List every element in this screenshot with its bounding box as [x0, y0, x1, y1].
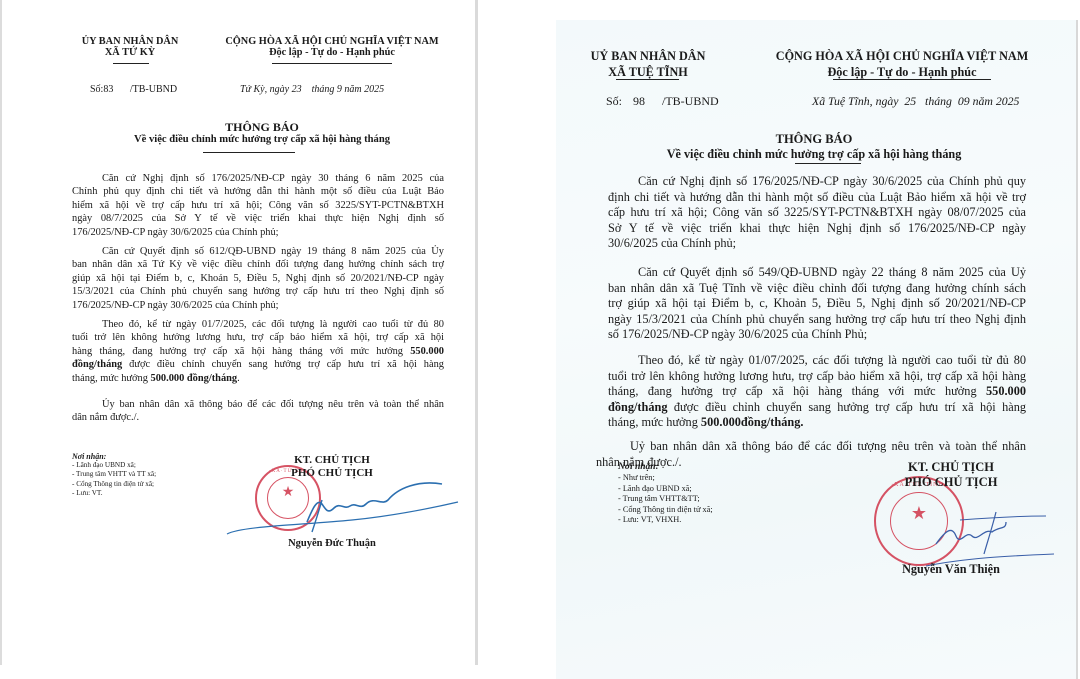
recipients-label: Nơi nhận:: [618, 461, 713, 473]
text-span: tháng, mức hưởng: [608, 415, 701, 429]
agency-line-1: UỶ BAN NHÂN DÂN: [590, 48, 706, 64]
nation-line-1: CỘNG HÒA XÃ HỘI CHỦ NGHĨA VIỆT NAM: [752, 48, 1052, 64]
old-amount: 550.000: [410, 346, 444, 357]
document-tue-tinh: UỶ BAN NHÂN DÂN XÃ TUỆ TĨNH CỘNG HÒA XÃ …: [556, 20, 1078, 679]
text-line: giúp xã hội tại Điểm b, c, Khoản 5, Điều…: [72, 272, 444, 285]
document-tu-ky: ỦY BAN NHÂN DÂN XÃ TỨ KỲ CỘNG HÒA XÃ HỘI…: [0, 0, 478, 665]
new-amount: 500.000 đồng/tháng: [151, 373, 238, 384]
paragraph-adjustment: Theo đó, kể từ ngày 01/07/2025, các đối …: [608, 353, 1026, 431]
recipients-block: Nơi nhận: - Lãnh đạo UBND xã; - Trung tâ…: [72, 452, 156, 498]
text-line: tháng, mức hưởng 500.000 đồng/tháng.: [72, 372, 444, 385]
recipient-item: - Trung tâm VHTT và TT xã;: [72, 470, 156, 479]
signature-icon: [896, 500, 1056, 570]
nation-line-1: CỘNG HÒA XÃ HỘI CHỦ NGHĨA VIỆT NAM: [212, 36, 452, 47]
text-line: Ủy ban nhân dân xã thông báo để các đối …: [72, 398, 444, 411]
agency-underline: [616, 79, 679, 80]
notice-subtitle: Về việc điều chỉnh mức hưởng trợ cấp xã …: [586, 147, 1042, 162]
signer-role-1: KT. CHỦ TỊCH: [886, 460, 1016, 475]
new-amount: 500.000đồng/tháng.: [701, 415, 804, 429]
old-amount-unit: đồng/tháng: [72, 359, 122, 370]
text-line: 15/3/2021 của Chính phủ chuyển sang hưởn…: [72, 285, 444, 298]
notice-subtitle: Về việc điều chỉnh mức hưởng trợ cấp xã …: [72, 134, 452, 145]
text-line: 176/2025/NĐ-CP ngày 30/6/2025 của Chính …: [72, 299, 444, 312]
subtitle-underline: [795, 163, 861, 164]
text-line: Căn cứ Nghị định số 176/2025/NĐ-CP ngày …: [608, 174, 1026, 190]
paragraph-legal-basis-2: Căn cứ Quyết định số 612/QĐ-UBND ngày 19…: [72, 245, 444, 312]
text-line: Theo đó, kể từ ngày 01/7/2025, các đối t…: [72, 318, 444, 331]
text-line: định chi tiết và hướng dẫn thi hành một …: [608, 190, 1026, 206]
paragraph-legal-basis-2: Căn cứ Quyết định số 549/QĐ-UBND ngày 22…: [608, 265, 1026, 343]
agency-name: ỦY BAN NHÂN DÂN XÃ TỨ KỲ: [80, 36, 180, 58]
text-line: cấp hưu trí xã hội; Công văn số 3225/SYT…: [608, 205, 1026, 221]
text-line: Chính phủ quy định chi tiết và hướng dẫn…: [72, 185, 444, 198]
doc-number-suffix: /TB-UBND: [662, 94, 719, 108]
recipient-item: - Trung tâm VHTT&TT;: [618, 494, 713, 505]
paragraph-adjustment: Theo đó, kể từ ngày 01/7/2025, các đối t…: [72, 318, 444, 385]
recipient-item: - Cổng Thông tin điện tử xã;: [618, 505, 713, 516]
text-span: .: [237, 373, 240, 384]
text-line: số 176/2025/NĐ-CP ngày 30/6/2025 của Chí…: [608, 327, 1026, 343]
recipient-item: - Lưu: VT, VHXH.: [618, 515, 713, 526]
signer-title: KT. CHỦ TỊCH PHÓ CHỦ TỊCH: [886, 460, 1016, 490]
national-motto: CỘNG HÒA XÃ HỘI CHỦ NGHĨA VIỆT NAM Độc l…: [212, 36, 452, 58]
text-span: tháng, mức hưởng: [72, 373, 151, 384]
paragraph-legal-basis-1: Căn cứ Nghị định số 176/2025/NĐ-CP ngày …: [72, 172, 444, 239]
text-line: đồng/tháng được điều chỉnh chuyển sang h…: [72, 358, 444, 371]
subtitle-underline: [203, 152, 295, 153]
signer-name: Nguyễn Đức Thuận: [272, 538, 392, 549]
text-line: Sở Y tế về việc triển khai thực hiện Ngh…: [608, 221, 1026, 237]
doc-number: Số: 98 /TB-UBND: [606, 94, 719, 109]
text-line: 30/6/2025 của Chính phủ;: [608, 236, 1026, 252]
recipient-item: - Lãnh đạo UBND xã;: [618, 484, 713, 495]
text-line: tuổi trở lên không hưởng lương hưu, trợ …: [72, 331, 444, 344]
text-line: ban nhân dân xã Tứ Kỳ về việc điều chỉnh…: [72, 258, 444, 271]
recipient-item: - Như trên;: [618, 473, 713, 484]
place-date: Xã Tuệ Tĩnh, ngày 25 tháng 09 năm 2025: [812, 94, 1019, 109]
old-amount-unit: đồng/tháng: [608, 400, 667, 414]
place-date: Tứ Kỳ, ngày 23 tháng 9 năm 2025: [240, 84, 384, 95]
text-line: hàng tháng, đang hưởng trợ cấp xã hội hà…: [72, 345, 444, 358]
doc-number: Số:83 /TB-UBND: [90, 84, 177, 95]
notice-title: THÔNG BÁO: [72, 120, 452, 135]
recipients-block: Nơi nhận: - Như trên; - Lãnh đạo UBND xã…: [618, 461, 713, 526]
text-line: tuổi trở lên không hưởng lương hưu, trợ …: [608, 369, 1026, 385]
notice-title: THÔNG BÁO: [586, 132, 1042, 147]
text-line: trợ giúp xã hội tại Điểm b, c, Khoản 5, …: [608, 296, 1026, 312]
recipient-item: - Lãnh đạo UBND xã;: [72, 461, 156, 470]
text-line: Căn cứ Quyết định số 612/QĐ-UBND ngày 19…: [72, 245, 444, 258]
text-line: tháng, mức hưởng 500.000đồng/tháng.: [608, 415, 1026, 431]
doc-number-label: Số:: [606, 94, 622, 108]
text-line: Căn cứ Nghị định số 176/2025/NĐ-CP ngày …: [72, 172, 444, 185]
text-line: hiểm xã hội về trợ cấp hưu trí xã hội; C…: [72, 199, 444, 212]
nation-line-2: Độc lập - Tự do - Hạnh phúc: [752, 64, 1052, 80]
old-amount: 550.000: [986, 384, 1026, 398]
text-line: 176/2025/NĐ-CP ngày 30/6/2025 của Chính …: [72, 226, 444, 239]
text-line: ngày 08/7/2025 của Sở Y tế về việc triển…: [72, 212, 444, 225]
motto-underline: [833, 79, 991, 80]
text-line: ngày 15/3/2021 của Chính phủ chuyển sang…: [608, 312, 1026, 328]
motto-underline: [272, 63, 392, 64]
paragraph-legal-basis-1: Căn cứ Nghị định số 176/2025/NĐ-CP ngày …: [608, 174, 1026, 252]
text-line: đồng/tháng được điều chỉnh chuyển sang h…: [608, 400, 1026, 416]
text-span: tháng, đang hưởng trợ cấp xã hội hàng th…: [608, 384, 986, 398]
recipient-item: - Cổng Thông tin điện tử xã;: [72, 480, 156, 489]
text-line: Căn cứ Quyết định số 549/QĐ-UBND ngày 22…: [608, 265, 1026, 281]
recipients-label: Nơi nhận:: [72, 452, 156, 461]
agency-line-1: ỦY BAN NHÂN DÂN: [80, 36, 180, 47]
doc-number-suffix: /TB-UBND: [130, 84, 177, 95]
national-motto: CỘNG HÒA XÃ HỘI CHỦ NGHĨA VIỆT NAM Độc l…: [752, 48, 1052, 80]
recipient-item: - Lưu: VT.: [72, 489, 156, 498]
text-span: được điều chỉnh chuyển sang hưởng trợ cấ…: [122, 359, 444, 370]
text-line: tháng, đang hưởng trợ cấp xã hội hàng th…: [608, 384, 1026, 400]
nation-line-2: Độc lập - Tự do - Hạnh phúc: [212, 47, 452, 58]
doc-number-label: Số:83: [90, 84, 113, 95]
text-span: hàng tháng, đang hưởng trợ cấp xã hội hà…: [72, 346, 410, 357]
text-line: Uỷ ban nhân dân xã thông báo để các đối …: [596, 439, 1026, 455]
signer-name: Nguyễn Văn Thiện: [886, 562, 1016, 577]
agency-name: UỶ BAN NHÂN DÂN XÃ TUỆ TĨNH: [590, 48, 706, 80]
agency-line-2: XÃ TỨ KỲ: [80, 47, 180, 58]
text-line: Theo đó, kể từ ngày 01/07/2025, các đối …: [608, 353, 1026, 369]
agency-underline: [113, 63, 149, 64]
paragraph-closing: Ủy ban nhân dân xã thông báo để các đối …: [72, 398, 444, 425]
signer-role-1: KT. CHỦ TỊCH: [272, 454, 392, 467]
agency-line-2: XÃ TUỆ TĨNH: [590, 64, 706, 80]
text-line: ban nhân dân xã Tuệ Tĩnh về việc điều ch…: [608, 281, 1026, 297]
doc-number-value: 98: [633, 94, 645, 108]
signer-role-2: PHÓ CHỦ TỊCH: [886, 475, 1016, 490]
text-line: dân nắm được./.: [72, 411, 444, 424]
text-span: được điều chỉnh chuyển sang hưởng trợ cấ…: [667, 400, 1026, 414]
